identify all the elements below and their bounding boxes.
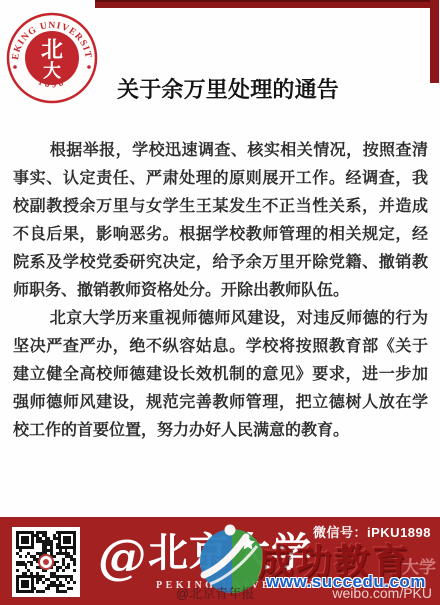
right-red-bar bbox=[430, 0, 439, 83]
seal-emblem-bottom: 大 bbox=[43, 60, 61, 81]
faint-watermark-text: 大学 bbox=[402, 553, 436, 578]
qr-center-seal-icon bbox=[38, 554, 54, 570]
qr-finder-icon bbox=[16, 531, 34, 549]
qr-finder-icon bbox=[58, 531, 76, 549]
pku-seal-icon: PEKING UNIVERSITY 1898 北 大 bbox=[6, 12, 98, 104]
seal-emblem-top: 北 bbox=[41, 37, 63, 62]
notice-body: 根据举报，学校迅速调查、核实相关情况，按照查清事实、认定责任、严肃处理的原则展开… bbox=[13, 137, 428, 445]
footer-banner: @北京大学 PEKING UNIVERSITY 微信号：iPKU1898 wei… bbox=[0, 517, 440, 605]
qr-finder-icon bbox=[16, 575, 34, 593]
notice-title: 关于余万里处理的通告 bbox=[117, 73, 339, 104]
notice-paragraph-2: 北京大学历来重视师德师风建设，对违反师德的行为坚决严查严办，绝不纵容姑息。学校将… bbox=[13, 305, 428, 445]
photo-credit-text: @北京青年报 bbox=[176, 583, 254, 602]
notice-paragraph-1: 根据举报，学校迅速调查、核实相关情况，按照查清事实、认定责任、严肃处理的原则展开… bbox=[13, 137, 428, 305]
notice-page: PEKING UNIVERSITY 1898 北 大 关于余万里处理的通告 根据… bbox=[0, 0, 440, 605]
at-symbol: @ bbox=[98, 529, 148, 585]
qr-code bbox=[12, 527, 80, 597]
top-red-bar bbox=[95, 0, 432, 8]
